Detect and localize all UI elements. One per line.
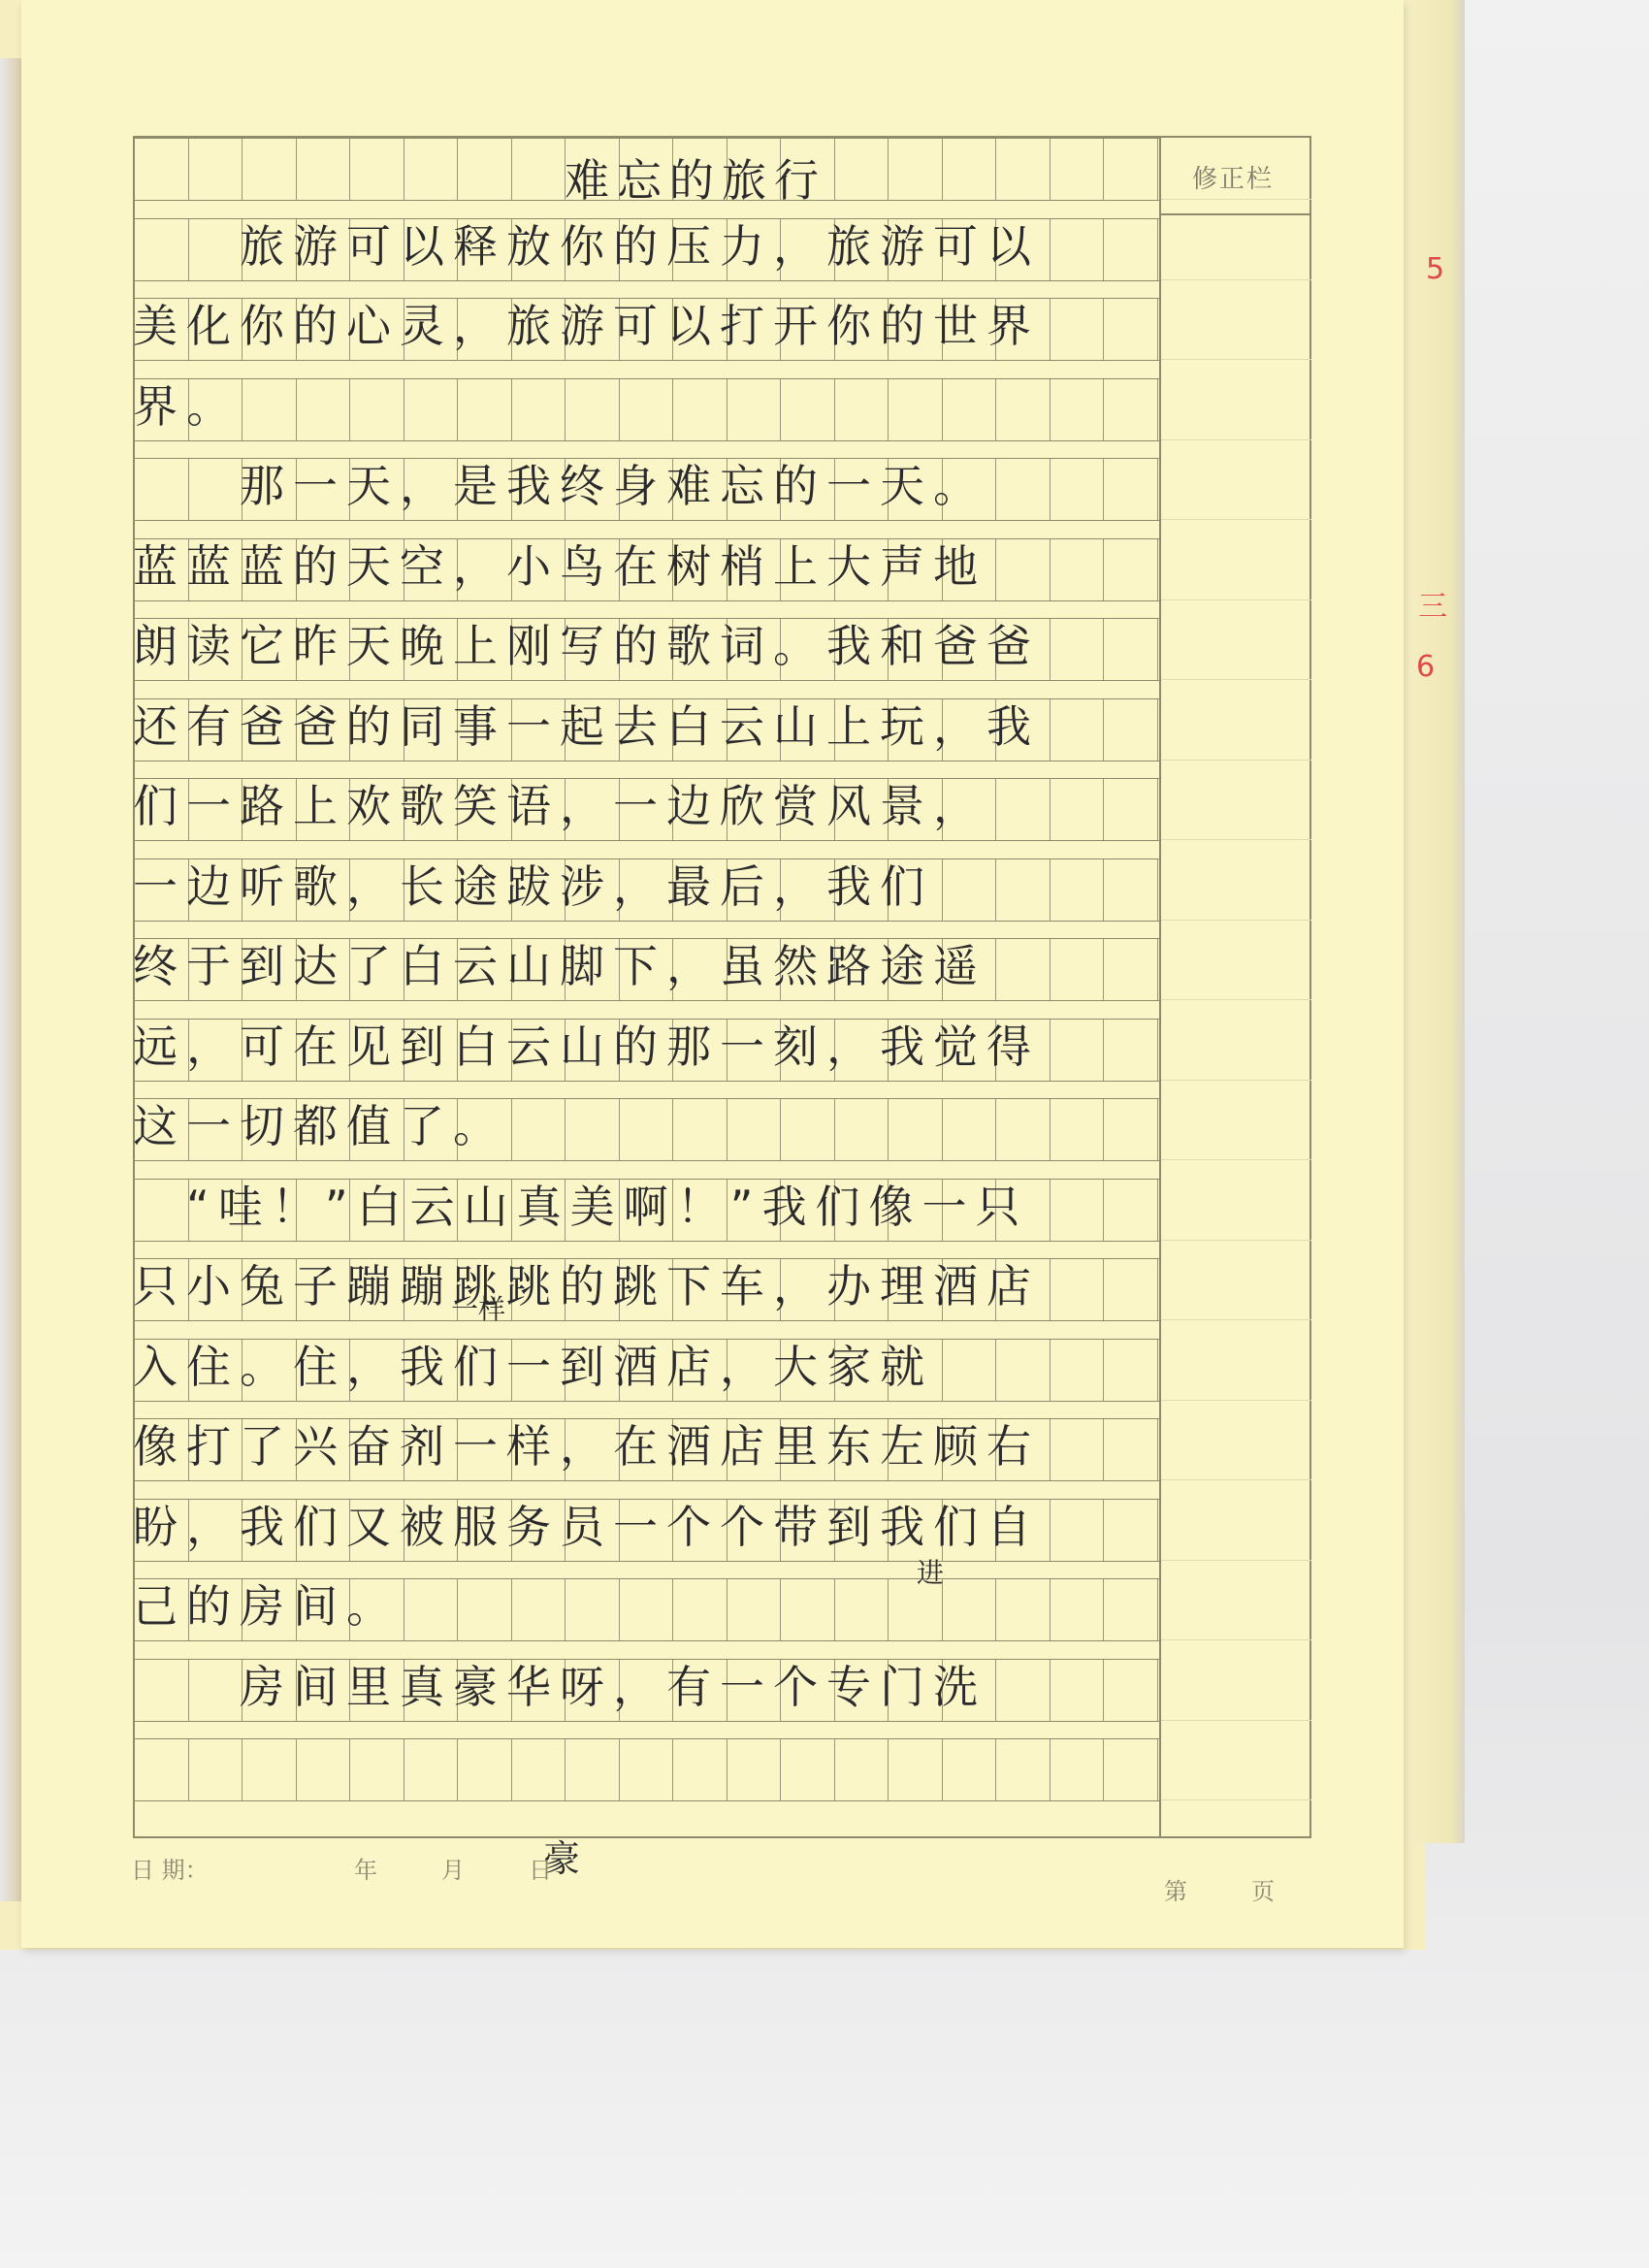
grid-cell	[673, 1739, 727, 1800]
grid-cell	[889, 1739, 943, 1800]
grid-cell	[996, 1579, 1051, 1640]
correction-column-guide	[1161, 279, 1311, 280]
correction-column-guide	[1161, 1799, 1311, 1800]
grid-cell	[1104, 1579, 1158, 1640]
grid-cell	[996, 939, 1051, 1000]
grid-cell	[1104, 1099, 1158, 1160]
grid-cell	[566, 1739, 620, 1800]
correction-column-guide	[1161, 199, 1311, 200]
grid-cell	[889, 379, 943, 440]
grid-cell	[996, 859, 1051, 921]
grid-cell	[1051, 699, 1105, 761]
grid-cell	[512, 379, 566, 440]
essay-line: 只小兔子蹦蹦跳跳的跳下车，办理酒店	[133, 1252, 1040, 1320]
red-grade-mark: 5	[1426, 252, 1444, 286]
grid-cell	[458, 379, 512, 440]
correction-column-guide	[1161, 599, 1311, 600]
grid-cell	[566, 379, 620, 440]
correction-column-guide	[1161, 1639, 1311, 1640]
grid-cell	[458, 1739, 512, 1800]
grid-cell	[781, 379, 835, 440]
grid-cell	[1104, 779, 1158, 840]
grid-cell	[1104, 939, 1158, 1000]
grid-cell	[889, 139, 943, 200]
essay-line: 盼，我们又被服务员一个个带到我们自	[133, 1493, 1040, 1561]
grid-cell	[620, 1579, 674, 1640]
red-grade-mark: 三	[1418, 582, 1447, 625]
essay-line: 远，可在见到白云山的那一刻，我觉得	[133, 1013, 1040, 1081]
grid-cell	[835, 139, 889, 200]
grid-cell	[1104, 1660, 1158, 1721]
grid-cell	[1104, 459, 1158, 520]
correction-header-divider	[1161, 213, 1311, 215]
correction-annotation: 进	[917, 1552, 944, 1591]
essay-line: 们一路上欢歌笑语，一边欣赏风景，	[133, 772, 986, 840]
essay-line: 蓝蓝蓝的天空，小鸟在树梢上大声地	[133, 533, 986, 600]
grid-cell	[404, 379, 459, 440]
essay-title: 难忘的旅行	[565, 146, 826, 210]
grid-cell	[996, 1660, 1051, 1721]
essay-line: 还有爸爸的同事一起去白云山上玩，我	[133, 693, 1040, 761]
correction-column-label: 修正栏	[1192, 159, 1274, 195]
essay-line: 入住。住，我们一到酒店，大家就	[133, 1333, 933, 1401]
grid-cell	[404, 1739, 459, 1800]
grid-cell	[1051, 619, 1105, 680]
grid-cell	[1104, 1500, 1158, 1561]
grid-cell	[943, 1739, 997, 1800]
correction-column-guide	[1161, 1319, 1311, 1320]
grid-cell	[1104, 1259, 1158, 1320]
grid-row	[135, 1738, 1159, 1801]
grid-cell	[1051, 1419, 1105, 1480]
grid-cell	[350, 379, 404, 440]
grid-cell	[242, 139, 297, 200]
grid-cell	[297, 1739, 351, 1800]
grid-cell	[1051, 459, 1105, 520]
grid-cell	[1104, 139, 1158, 200]
correction-column-guide	[1161, 760, 1311, 761]
grid-cell	[620, 1739, 674, 1800]
footer-page-suffix: 页	[1251, 1872, 1275, 1906]
grid-cell	[1104, 859, 1158, 921]
grid-cell	[242, 379, 297, 440]
grid-cell	[350, 139, 404, 200]
grid-cell	[1104, 699, 1158, 761]
grid-cell	[1051, 779, 1105, 840]
grid-cell	[996, 1340, 1051, 1401]
grid-cell	[996, 1739, 1051, 1800]
essay-line: 美化你的心灵，旅游可以打开你的世界	[133, 292, 1040, 360]
grid-cell	[943, 859, 997, 921]
grid-row	[135, 378, 1159, 441]
grid-cell	[512, 1739, 566, 1800]
correction-column-guide	[1161, 359, 1311, 360]
correction-column-guide	[1161, 1400, 1311, 1401]
grid-cell	[1051, 1099, 1105, 1160]
grid-cell	[943, 1099, 997, 1160]
grid-cell	[727, 379, 782, 440]
grid-cell	[620, 379, 674, 440]
grid-cell	[512, 1579, 566, 1640]
correction-column-guide	[1161, 1240, 1311, 1241]
grid-cell	[673, 379, 727, 440]
red-grade-mark: 6	[1416, 650, 1435, 684]
grid-cell	[1051, 859, 1105, 921]
essay-line: 一边听歌，长途跋涉，最后，我们	[133, 853, 933, 921]
grid-cell	[1051, 1020, 1105, 1081]
grid-cell	[297, 379, 351, 440]
grid-cell	[1104, 299, 1158, 360]
grid-cell	[566, 1579, 620, 1640]
footer-date-label: 日 期：	[131, 1851, 209, 1885]
grid-cell	[996, 539, 1051, 600]
correction-column-guide	[1161, 519, 1311, 520]
grid-cell	[1051, 379, 1105, 440]
grid-cell	[297, 139, 351, 200]
grid-cell	[404, 1579, 459, 1640]
essay-line: 界。	[133, 373, 240, 440]
grid-cell	[135, 1739, 189, 1800]
grid-cell	[1051, 539, 1105, 600]
essay-line: 那一天，是我终身难忘的一天。	[133, 452, 986, 520]
grid-cell	[1051, 219, 1105, 280]
footer-day-label: 日	[529, 1851, 552, 1885]
essay-line: 终于到达了白云山脚下，虽然路途遥	[133, 932, 986, 1000]
grid-cell	[458, 139, 512, 200]
grid-cell	[835, 1739, 889, 1800]
footer-month-label: 月	[441, 1851, 465, 1885]
grid-cell	[1051, 1579, 1105, 1640]
grid-cell	[835, 379, 889, 440]
grid-cell	[996, 1099, 1051, 1160]
grid-cell	[996, 139, 1051, 200]
grid-cell	[1051, 939, 1105, 1000]
essay-line: 朗读它昨天晚上刚写的歌词。我和爸爸	[133, 612, 1040, 680]
grid-cell	[996, 459, 1051, 520]
essay-line: 旅游可以释放你的压力，旅游可以	[133, 212, 1040, 280]
grid-cell	[1051, 1500, 1105, 1561]
essay-line: 这一切都值了。	[133, 1092, 506, 1160]
correction-column-guide	[1161, 679, 1311, 680]
grid-cell	[1104, 1340, 1158, 1401]
correction-column-guide	[1161, 839, 1311, 840]
grid-cell	[1104, 539, 1158, 600]
footer-page-prefix: 第	[1164, 1872, 1187, 1906]
grid-cell	[673, 1579, 727, 1640]
grid-cell	[1051, 1340, 1105, 1401]
grid-cell	[1051, 1180, 1105, 1241]
grid-cell	[189, 1739, 243, 1800]
essay-line: 像打了兴奋剂一样，在酒店里东左顾右	[133, 1412, 1040, 1480]
grid-cell	[620, 1099, 674, 1160]
essay-line: “哇！”白云山真美啊！”我们像一只	[133, 1173, 1029, 1241]
grid-cell	[889, 1099, 943, 1160]
essay-line: 己的房间。	[133, 1572, 400, 1640]
grid-cell	[242, 1739, 297, 1800]
correction-column-guide	[1161, 1720, 1311, 1721]
grid-cell	[835, 1099, 889, 1160]
correction-column-guide	[1161, 1159, 1311, 1160]
essay-line: 房间里真豪华呀，有一个专门洗	[133, 1653, 986, 1721]
grid-cell	[566, 1099, 620, 1160]
grid-cell	[727, 1099, 782, 1160]
grid-cell	[1104, 219, 1158, 280]
correction-column-guide	[1161, 1479, 1311, 1480]
grid-cell	[781, 1739, 835, 1800]
correction-column-guide	[1161, 1560, 1311, 1561]
grid-cell	[996, 779, 1051, 840]
grid-cell	[1051, 299, 1105, 360]
grid-cell	[943, 1579, 997, 1640]
grid-cell	[996, 379, 1051, 440]
grid-cell	[943, 139, 997, 200]
grid-cell	[673, 1099, 727, 1160]
footer-year-label: 年	[354, 1851, 377, 1885]
grid-cell	[1051, 1739, 1105, 1800]
grid-cell	[1104, 1419, 1158, 1480]
correction-column-guide	[1161, 1080, 1311, 1081]
grid-cell	[727, 1739, 782, 1800]
grid-cell	[350, 1739, 404, 1800]
correction-column-guide	[1161, 999, 1311, 1000]
grid-cell	[943, 1340, 997, 1401]
grid-cell	[135, 139, 189, 200]
grid-cell	[1051, 1259, 1105, 1320]
grid-cell	[1104, 1739, 1158, 1800]
grid-cell	[835, 1579, 889, 1640]
grid-cell	[781, 1579, 835, 1640]
grid-cell	[727, 1579, 782, 1640]
grid-cell	[1104, 379, 1158, 440]
grid-cell	[512, 1099, 566, 1160]
correction-column-guide	[1161, 920, 1311, 921]
grid-cell	[404, 139, 459, 200]
grid-cell	[1051, 139, 1105, 200]
correction-column-divider	[1159, 138, 1161, 1836]
grid-cell	[189, 139, 243, 200]
grid-cell	[512, 139, 566, 200]
grid-cell	[943, 379, 997, 440]
grid-cell	[781, 1099, 835, 1160]
correction-annotation: 一样	[451, 1288, 505, 1327]
grid-cell	[1104, 1180, 1158, 1241]
grid-cell	[1104, 619, 1158, 680]
folded-paper-edge: 5 三 6	[1397, 0, 1465, 1843]
correction-column-guide	[1161, 439, 1311, 440]
grid-cell	[1051, 1660, 1105, 1721]
grid-cell	[1104, 1020, 1158, 1081]
grid-cell	[458, 1579, 512, 1640]
